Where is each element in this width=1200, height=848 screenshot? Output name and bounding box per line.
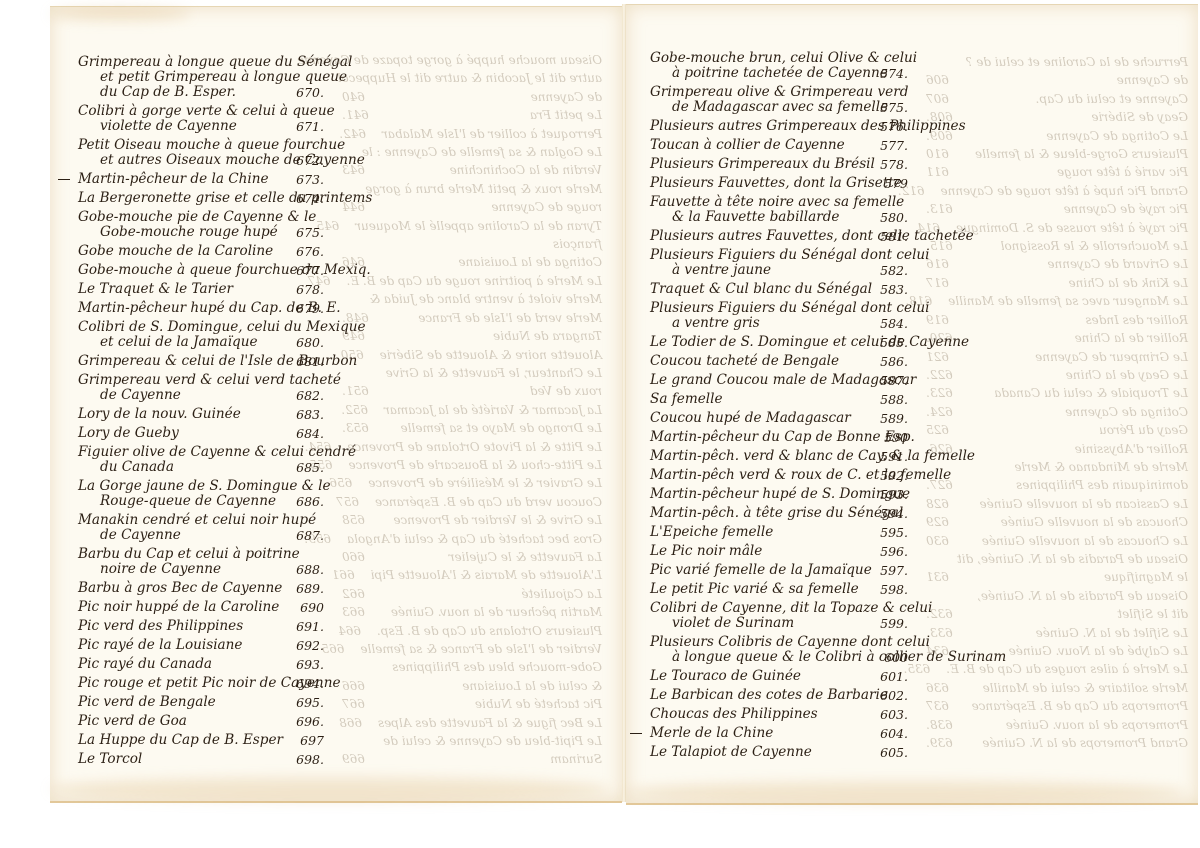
bleed-through-line: La Jacamar & Variété de la Jacamar652. [342,401,602,419]
catalog-entry: Choucas des Philippines603. [650,707,908,722]
plate-number: 584. [880,316,908,331]
bleed-text: Le Drongo de Mayo et sa femelle [401,419,602,437]
bleed-through-line: Merle solitaire & celui de Manille636 [926,679,1188,697]
bleed-text: La Jacamar & Variété de la Jacamar [384,401,602,419]
catalog-entry: Plusieurs Grimpereaux du Brésil578. [650,157,908,172]
bleed-number: 613. [926,200,953,218]
catalog-entry: Plusieurs Colibris de Cayenne dont celui… [650,635,908,665]
right-page: Perruche de la Caroline et celui de ?de … [626,4,1198,805]
bleed-number: 622. [926,366,953,384]
entry-text-line: a ventre gris [650,316,908,331]
catalog-entry: Figuier olive de Cayenne & celui cendréd… [78,445,324,475]
bleed-through-line: Promerops du Cap de B. Espérance637 [926,697,1188,715]
bleed-text: Gobe-mouche bleu des Philippines [392,658,602,676]
catalog-entry: Colibri à gorge verte & celui à queuevio… [78,104,324,134]
plate-number: 689. [296,581,324,596]
entry-text-line: Gobe mouche de la Caroline [78,244,324,259]
bleed-text: Le Cotinga de Cayenne [1046,127,1188,145]
bleed-number: 662 [342,585,365,603]
catalog-entry: Plusieurs autres Fauvettes, dont celle t… [650,229,908,244]
catalog-entry: Plusieurs Figuiers du Sénégal dont celui… [650,248,908,278]
entry-text-line: à ventre jaune [650,263,908,278]
entry-text-line: Gobe-mouche pie de Cayenne & le [78,210,324,225]
entry-text-line: Le Talapiot de Cayenne [650,745,908,760]
entry-text-line: Manakin cendré et celui noir hupé [78,513,324,528]
bleed-through-line: Pic varié à tête rouge611 [926,163,1188,181]
bleed-text: Pic rayé à tête rousse de S. Domingue [956,219,1188,237]
plate-number: 583. [880,282,908,297]
entry-text-line: L'Epeiche femelle [650,525,908,540]
entry-text-line: Martin-pêcheur de la Chine [78,172,324,187]
plate-number: 679. [296,301,324,316]
bleed-number: 652. [341,401,368,419]
entry-text-line: Barbu à gros Bec de Cayenne [78,581,324,596]
plate-number: 581. [880,229,908,244]
catalog-entry: Pic rayé du Canada693. [78,657,324,672]
bleed-through-line: Le Merle à poitrine rouge du Cap de B. E… [342,272,602,290]
bleed-through-line: Gros bec tacheté du Cap & celui d'Angola… [342,530,602,548]
bleed-through-line: Pic rayé de Cayenne613. [926,200,1188,218]
entry-text-line: La Huppe du Cap de B. Esper [78,733,324,748]
plate-number: 684. [296,426,324,441]
bleed-number: 630 [926,532,949,550]
bleed-text: Tangara de Nubie [493,327,602,345]
bleed-through-line: Merle verd de l'Isle de France648. [342,309,602,327]
catalog-entry: La Bergeronette grise et celle du printe… [78,191,324,206]
bleed-text: Verdin de la Cochinchine [450,161,602,179]
bleed-text: Le Merle à poitrine rouge du Cap de B. E… [347,272,602,290]
plate-number: 695. [296,695,324,710]
catalog-entry: Le Barbican des cotes de Barbarie602. [650,688,908,703]
catalog-entry: Colibri de S. Domingue, celui du Mexique… [78,320,324,350]
bleed-text: La Fauvette & le Cujelier [449,548,602,566]
bleed-text: Le Cassican de la nouvelle Guinée [980,495,1188,513]
catalog-entry: Pic verd des Philippines691. [78,619,324,634]
plate-number: 670. [296,85,324,100]
plate-number: 592. [880,468,908,483]
entry-text-line: Barbu du Cap et celui à poitrine [78,547,324,562]
plate-number: 678. [296,282,324,297]
bleed-through-line: Le Grimpeur de Cayenne621 [926,348,1188,366]
bleed-text: Le Grimpeur de Cayenne [1035,348,1188,366]
bleed-text: Tyran de la Caroline appellé le Moqueur [355,217,602,235]
bleed-through-line: Le Grive & le Verdier de Provence658 [342,511,602,529]
bleed-text: Plusieurs Gorge-bleue & la femelle [975,145,1188,163]
bleed-text: Martin pêcheur de la nouv. Guinée [391,603,602,621]
entry-text-line: Martin-pêch. à tête grise du Sénégal [650,506,908,521]
entry-text-line: Gobe-mouche à queue fourchue du Mexiq. [78,263,324,278]
entry-text-line: Toucan à collier de Cayenne [650,138,908,153]
catalog-entry: Colibri de Cayenne, dit la Topaze & celu… [650,601,908,631]
plate-number: 600 [884,650,908,665]
bleed-text: Merle roux & petit Merle brun à gorge [365,180,602,198]
entry-text-line: Le Touraco de Guinée [650,669,908,684]
plate-number: 590 [884,430,908,445]
entry-text-line: Martin-pêcheur du Cap de Bonne Esp. [650,430,908,445]
catalog-entry: Gobe mouche de la Caroline676. [78,244,324,259]
bleed-through-line: Plusieurs Gorge-bleue & la femelle610 [926,145,1188,163]
bleed-text: dit le Sifilet [1117,605,1188,623]
bleed-number: 607 [926,90,949,108]
bleed-text: Le Calybé de la Nouv. Guinée [1009,642,1188,660]
bleed-text: Grand Promerops de la N. Guinée [982,734,1188,752]
catalog-entry: Le Talapiot de Cayenne605. [650,745,908,760]
entry-text-line: Pic rayé du Canada [78,657,324,672]
entry-text-line: violette de Cayenne [78,119,324,134]
bleed-text: Le Chanteur, le Fauvette & la Grive [386,364,602,382]
plate-number: 574. [880,66,908,81]
bleed-text: Pic rayé de Cayenne [1064,200,1188,218]
bleed-text: de Cayenne [1117,71,1188,89]
bleed-number: 661 [332,566,355,584]
entry-text-line: Martin-pêcheur hupé de S. Domingue [650,487,908,502]
plate-number: 692. [296,638,324,653]
catalog-entry: Fauvette à tête noire avec sa femelle& l… [650,195,908,225]
catalog-entry: Martin-pêch. verd & blanc de Cay. & la f… [650,449,908,464]
catalog-entry: Pic verd de Bengale695. [78,695,324,710]
bleed-through-line: La Fauvette & le Cujelier660 [342,548,602,566]
bleed-through-line: Le Drongo de Mayo et sa femelle653. [342,419,602,437]
plate-number: 589. [880,411,908,426]
bleed-through-line: Gobe-mouche bleu des Philippines [342,658,602,676]
bleed-through-line: Cotinga de la Louisiane646 [342,253,602,271]
entry-text-line: Choucas des Philippines [650,707,908,722]
entry-text-line: Pic rouge et petit Pic noir de Cayenne [78,676,324,691]
catalog-entry: Coucou tacheté de Bengale586. [650,354,908,369]
entry-text-line: de Madagascar avec sa femelle [650,100,908,115]
bleed-text: Le Geay de la Chine [1066,366,1188,384]
entry-text-line: Coucou hupé de Madagascar [650,411,908,426]
plate-number: 690 [300,600,324,615]
plate-number: 582. [880,263,908,278]
bleed-through-line: Cayenne et celui du Cap.607 [926,90,1188,108]
bleed-text: Surinam [550,750,602,768]
entry-text-line: Pic verd de Goa [78,714,324,729]
entry-text-line: Martin-pêcheur hupé du Cap. de B. E. [78,301,324,316]
catalog-entry: Merle de la Chine604. [650,726,908,741]
bleed-text: Pic tacheté de Nubie [475,695,602,713]
entry-text-line: La Gorge jaune de S. Domingue & le [78,479,324,494]
entry-text-line: Merle de la Chine [650,726,908,741]
bleed-number: 625 [926,421,949,439]
bleed-text: Geay de Sibérie [1091,108,1188,126]
bleed-text: Le Pipit-bleu de Cayenne & celui de [383,732,602,750]
plate-number: 675. [296,225,324,240]
catalog-entry: Martin-pêcheur hupé du Cap. de B. E.679. [78,301,324,316]
bleed-number: 640 [342,88,365,106]
catalog-entry: Coucou hupé de Madagascar589. [650,411,908,426]
bleed-text: Cotinga de la Louisiane [458,253,602,271]
bleed-through-line: Oiseau de Paradis de la N. Guinée, dit [926,550,1188,568]
catalog-entry: Martin-pêcheur du Cap de Bonne Esp.590 [650,430,908,445]
bleed-through-line: La Cajoulieté662 [342,585,602,603]
plate-number: 591. [880,449,908,464]
plate-number: 594. [880,506,908,521]
entry-text-line: Pic verd des Philippines [78,619,324,634]
bleed-number: 639. [926,734,953,752]
catalog-entry: Pic verd de Goa696. [78,714,324,729]
entry-text-line: & la Fauvette babillarde [650,210,908,225]
plate-number: 596. [880,544,908,559]
bleed-through-line: Surinam669 [342,750,602,768]
entry-text-line: Le Barbican des cotes de Barbarie [650,688,908,703]
bleed-through-line: de Cayenne606 [926,71,1188,89]
bleed-text: Merle violet à ventre blanc de Juida & [369,290,602,308]
bleed-text: Le Kink de la Chine [1069,274,1188,292]
bleed-number: 664 [338,622,361,640]
bleed-text: Le Mangeur avec sa femelle de Manille [948,292,1188,310]
bleed-text: Oiseau de Paradis de la N. Guinée, dit [957,550,1188,568]
bleed-number: 666 [342,677,365,695]
catalog-entry: Le Torcol698. [78,752,324,767]
bleed-through-line: Rollier des Indes619 [926,311,1188,329]
plate-number: 693. [296,657,324,672]
entry-text-line: Coucou tacheté de Bengale [650,354,908,369]
entry-text-line: Traquet & Cul blanc du Sénégal [650,282,908,297]
bleed-number: 660 [342,548,365,566]
margin-dash-mark [58,179,70,180]
plate-number: 578. [880,157,908,172]
bleed-through-line: Coucou verd du Cap de B. Espérance657 [342,493,602,511]
entry-text-line: Gobe-mouche rouge hupé [78,225,324,240]
bleed-through-line: Pic tacheté de Nubie667 [342,695,602,713]
plate-number: 601. [880,669,908,684]
left-bleed-through-column: Oiseau mouche huppé à gorge topaze de Ca… [342,51,602,769]
bleed-text: Merle verd de l'Isle de France [418,309,602,327]
bleed-text: Oiseau de Paradis de la N. Guinée, [977,587,1188,605]
bleed-text: Rollier des Indes [1085,311,1188,329]
entry-text-line: Gobe-mouche brun, celui Olive & celui [650,51,908,66]
bleed-text: Plusieurs Ortolans du Cap de B. Esp. [377,622,602,640]
bleed-text: dominiquain des Philippines [1016,476,1188,494]
right-entry-column: Gobe-mouche brun, celui Olive & celuià p… [650,51,908,764]
plate-number: 575. [880,100,908,115]
plate-number: 599. [880,616,908,631]
bleed-number: 637 [926,697,949,715]
bleed-through-line: Le Geay de la Chine622. [926,366,1188,384]
bleed-through-line: Tyran de la Caroline appellé le Moqueur6… [342,217,602,235]
plate-number: 595. [880,525,908,540]
plate-number: 696. [296,714,324,729]
catalog-entry: Lory de Gueby684. [78,426,324,441]
paper-stain [50,7,190,21]
bleed-through-line: dominiquain des Philippines627. [926,476,1188,494]
bleed-through-line: le Magnifique631 [926,568,1188,586]
bleed-number: 669 [342,750,365,768]
catalog-entry: La Huppe du Cap de B. Esper697 [78,733,324,748]
bleed-through-line: Le Cassican de la nouvelle Guinée628 [926,495,1188,513]
catalog-entry: Gobe-mouche brun, celui Olive & celuià p… [650,51,908,81]
bleed-through-line: L'Alouette de Marais & l'Alouette Pipi66… [342,566,602,584]
paper-stain [50,777,610,801]
bleed-text: Verdier de l'Isle de France & sa femelle [360,640,602,658]
catalog-entry: L'Epeiche femelle595. [650,525,908,540]
bleed-through-line: Alouette noire & Alouette de Sibérie650 [342,346,602,364]
bleed-text: & celui de la Louisiane [462,677,602,695]
bleed-text: Choucas de la nouvelle Guinée [1001,513,1188,531]
bleed-number: 663 [342,603,365,621]
entry-text-line: Le grand Coucou male de Madagascar [650,373,908,388]
bleed-through-line: Verdin de la Cochinchine643 [342,161,602,179]
catalog-entry: Gobe-mouche pie de Cayenne & leGobe-mouc… [78,210,324,240]
catalog-entry: Grimpereau verd & celui verd tachetéde C… [78,373,324,403]
entry-text-line: Lory de Gueby [78,426,324,441]
bleed-number: 636 [926,679,949,697]
bleed-through-line: Le Kink de la Chine617 [926,274,1188,292]
plate-number: 580. [880,210,908,225]
plate-number: 680. [296,335,324,350]
bleed-through-line: Le Mangeur avec sa femelle de Manille618… [926,292,1188,310]
bleed-through-line: Le Bec figue & la Fauvette des Alpes668 [342,714,602,732]
bleed-number: 621 [926,348,949,366]
bleed-through-line: françois [342,235,602,253]
plate-number: 602. [880,688,908,703]
plate-number: 603. [880,707,908,722]
bleed-text: Coucou verd du Cap de B. Espérance [375,493,602,511]
bleed-number: 667 [342,695,365,713]
bleed-text: françois [553,235,602,253]
plate-number: 597. [880,563,908,578]
plate-number: 688. [296,562,324,577]
catalog-entry: La Gorge jaune de S. Domingue & leRouge-… [78,479,324,509]
bleed-through-line: Promerops de la nouv. Guinée638. [926,716,1188,734]
catalog-entry: Gobe-mouche à queue fourchue du Mexiq.67… [78,263,324,278]
bleed-text: Le Sifilet de la N. Guinée [1036,624,1188,642]
catalog-entry: Plusieurs Figuiers du Sénégal dont celui… [650,301,908,331]
catalog-entry: Grimpereau à longue queue du Sénégalet p… [78,55,324,100]
entry-text-line: Le petit Pic varié & sa femelle [650,582,908,597]
plate-number: 604. [880,726,908,741]
bleed-text: Rollier de la Chine [1075,329,1188,347]
bleed-through-line: Le Sifilet de la N. Guinée633. [926,624,1188,642]
plate-number: 672. [296,153,324,168]
catalog-entry: Petit Oiseau mouche à queue fourchueet a… [78,138,324,168]
left-page: Oiseau mouche huppé à gorge topaze de Ca… [50,6,622,803]
catalog-entry: Pic rayé de la Louisiane692. [78,638,324,653]
bleed-number: 653. [342,419,369,437]
plate-number: 681. [296,354,324,369]
plate-number: 593. [880,487,908,502]
right-bleed-through-column: Perruche de la Caroline et celui de ?de … [926,53,1188,752]
catalog-entry: Barbu du Cap et celui à poitrinenoire de… [78,547,324,577]
plate-number: 585. [880,335,908,350]
plate-number: 686. [296,494,324,509]
bleed-through-line: & celui de la Louisiane666 [342,677,602,695]
bleed-number: 641. [342,106,369,124]
bleed-text: Merle de Mindanao & Merle [1014,458,1188,476]
plate-number: 587. [880,373,908,388]
catalog-entry: Grimpereau olive & Grimpereau verdde Mad… [650,85,908,115]
catalog-entry: Le Touraco de Guinée601. [650,669,908,684]
bleed-text: Geay du Pérou [1099,421,1188,439]
plate-number: 676. [296,244,324,259]
entry-text-line: et celui de la Jamaïque [78,335,324,350]
entry-text-line: Fauvette à tête noire avec sa femelle [650,195,908,210]
plate-number: 682. [296,388,324,403]
bleed-through-line: Cotinga de Cayenne624. [926,403,1188,421]
entry-text-line: Pic varié femelle de la Jamaïque [650,563,908,578]
entry-text-line: Martin-pêch verd & roux de C. et la feme… [650,468,908,483]
catalog-entry: Martin-pêcheur de la Chine673. [78,172,324,187]
plate-number: 605. [880,745,908,760]
bleed-text: Gros bec tacheté du Cap & celui d'Angola [347,530,602,548]
bleed-through-line: Le Choucas de la nouvelle Guinée630 [926,532,1188,550]
bleed-text: Le Bec figue & la Fauvette des Alpes [378,714,602,732]
bleed-number: 631 [926,568,949,586]
bleed-through-line: Geay du Pérou625 [926,421,1188,439]
entry-text-line: Plusieurs Figuiers du Sénégal dont celui [650,248,908,263]
catalog-entry: Grimpereau & celui de l'Isle de Bourbon6… [78,354,324,369]
catalog-entry: Manakin cendré et celui noir hupéde Caye… [78,513,324,543]
catalog-entry: Pic rouge et petit Pic noir de Cayenne69… [78,676,324,691]
plate-number: 687. [296,528,324,543]
entry-text-line: Pic noir huppé de la Caroline [78,600,324,615]
entry-text-line: Figuier olive de Cayenne & celui cendré [78,445,324,460]
entry-text-line: Plusieurs Fauvettes, dont la Grisette [650,176,908,191]
bleed-text: Perroquet à collier de l'Isle Malabar [382,125,602,143]
plate-number: 586. [880,354,908,369]
entry-text-line: Plusieurs Grimpereaux du Brésil [650,157,908,172]
bleed-through-line: Le petit Fra641. [342,106,602,124]
entry-text-line: Le Traquet & le Tarier [78,282,324,297]
bleed-number: 611 [926,163,949,181]
bleed-number: 638. [926,716,953,734]
bleed-through-line: Grand Pic hupé à tête rouge de Cayenne61… [926,182,1188,200]
plate-number: 697 [300,733,324,748]
catalog-entry: Sa femelle588. [650,392,908,407]
bleed-number: 624. [926,403,953,421]
plate-number: 588. [880,392,908,407]
bleed-number: 610 [926,145,949,163]
entry-text-line: Petit Oiseau mouche à queue fourchue [78,138,324,153]
bleed-text: Pic varié à tête rouge [1057,163,1188,181]
entry-text-line: Colibri de Cayenne, dit la Topaze & celu… [650,601,908,616]
entry-text-line: Pic verd de Bengale [78,695,324,710]
bleed-text: de Cayenne [531,88,602,106]
bleed-through-line: Martin pêcheur de la nouv. Guinée663 [342,603,602,621]
bleed-text: Le Choucas de la nouvelle Guinée [982,532,1188,550]
entry-text-line: Grimpereau olive & Grimpereau verd [650,85,908,100]
entry-text-line: Lory de la nouv. Guinée [78,407,324,422]
bleed-through-line: Le Chanteur, le Fauvette & la Grive [342,364,602,382]
entry-text-line: Martin-pêch. verd & blanc de Cay. & la f… [650,449,908,464]
catalog-entry: Martin-pêcheur hupé de S. Domingue593. [650,487,908,502]
bleed-text: Promerops de la nouv. Guinée [1006,716,1188,734]
entry-text-line: Le Pic noir mâle [650,544,908,559]
bleed-text: La Cajoulieté [521,585,602,603]
entry-text-line: noire de Cayenne [78,562,324,577]
entry-text-line: du Cap de B. Esper. [78,85,324,100]
catalog-entry: Lory de la nouv. Guinée683. [78,407,324,422]
plate-number: 598. [880,582,908,597]
entry-text-line: Pic rayé de la Louisiane [78,638,324,653]
margin-dash-mark [630,733,642,734]
bleed-number: 651. [342,382,369,400]
bleed-text: Promerops du Cap de B. Espérance [972,697,1188,715]
bleed-through-line: Le Goglan & sa femelle de Cayenne : le [342,143,602,161]
bleed-text: Le Pitte & la Pivote Ortolane de Provenc… [347,438,602,456]
bleed-number: 623. [926,384,953,402]
bleed-text: Le Grive & le Verdier de Provence [393,511,602,529]
catalog-entry: Le grand Coucou male de Madagascar587. [650,373,908,388]
bleed-text: Cotinga de Cayenne [1065,403,1188,421]
catalog-entry: Plusieurs Fauvettes, dont la Grisette579 [650,176,908,191]
bleed-through-line: dit le Sifilet632. [926,605,1188,623]
bleed-through-line: Plusieurs Ortolans du Cap de B. Esp.664 [342,622,602,640]
bleed-through-line: Oiseau de Paradis de la N. Guinée, [926,587,1188,605]
catalog-entry: Barbu à gros Bec de Cayenne689. [78,581,324,596]
entry-text-line: La Bergeronette grise et celle du printe… [78,191,324,206]
